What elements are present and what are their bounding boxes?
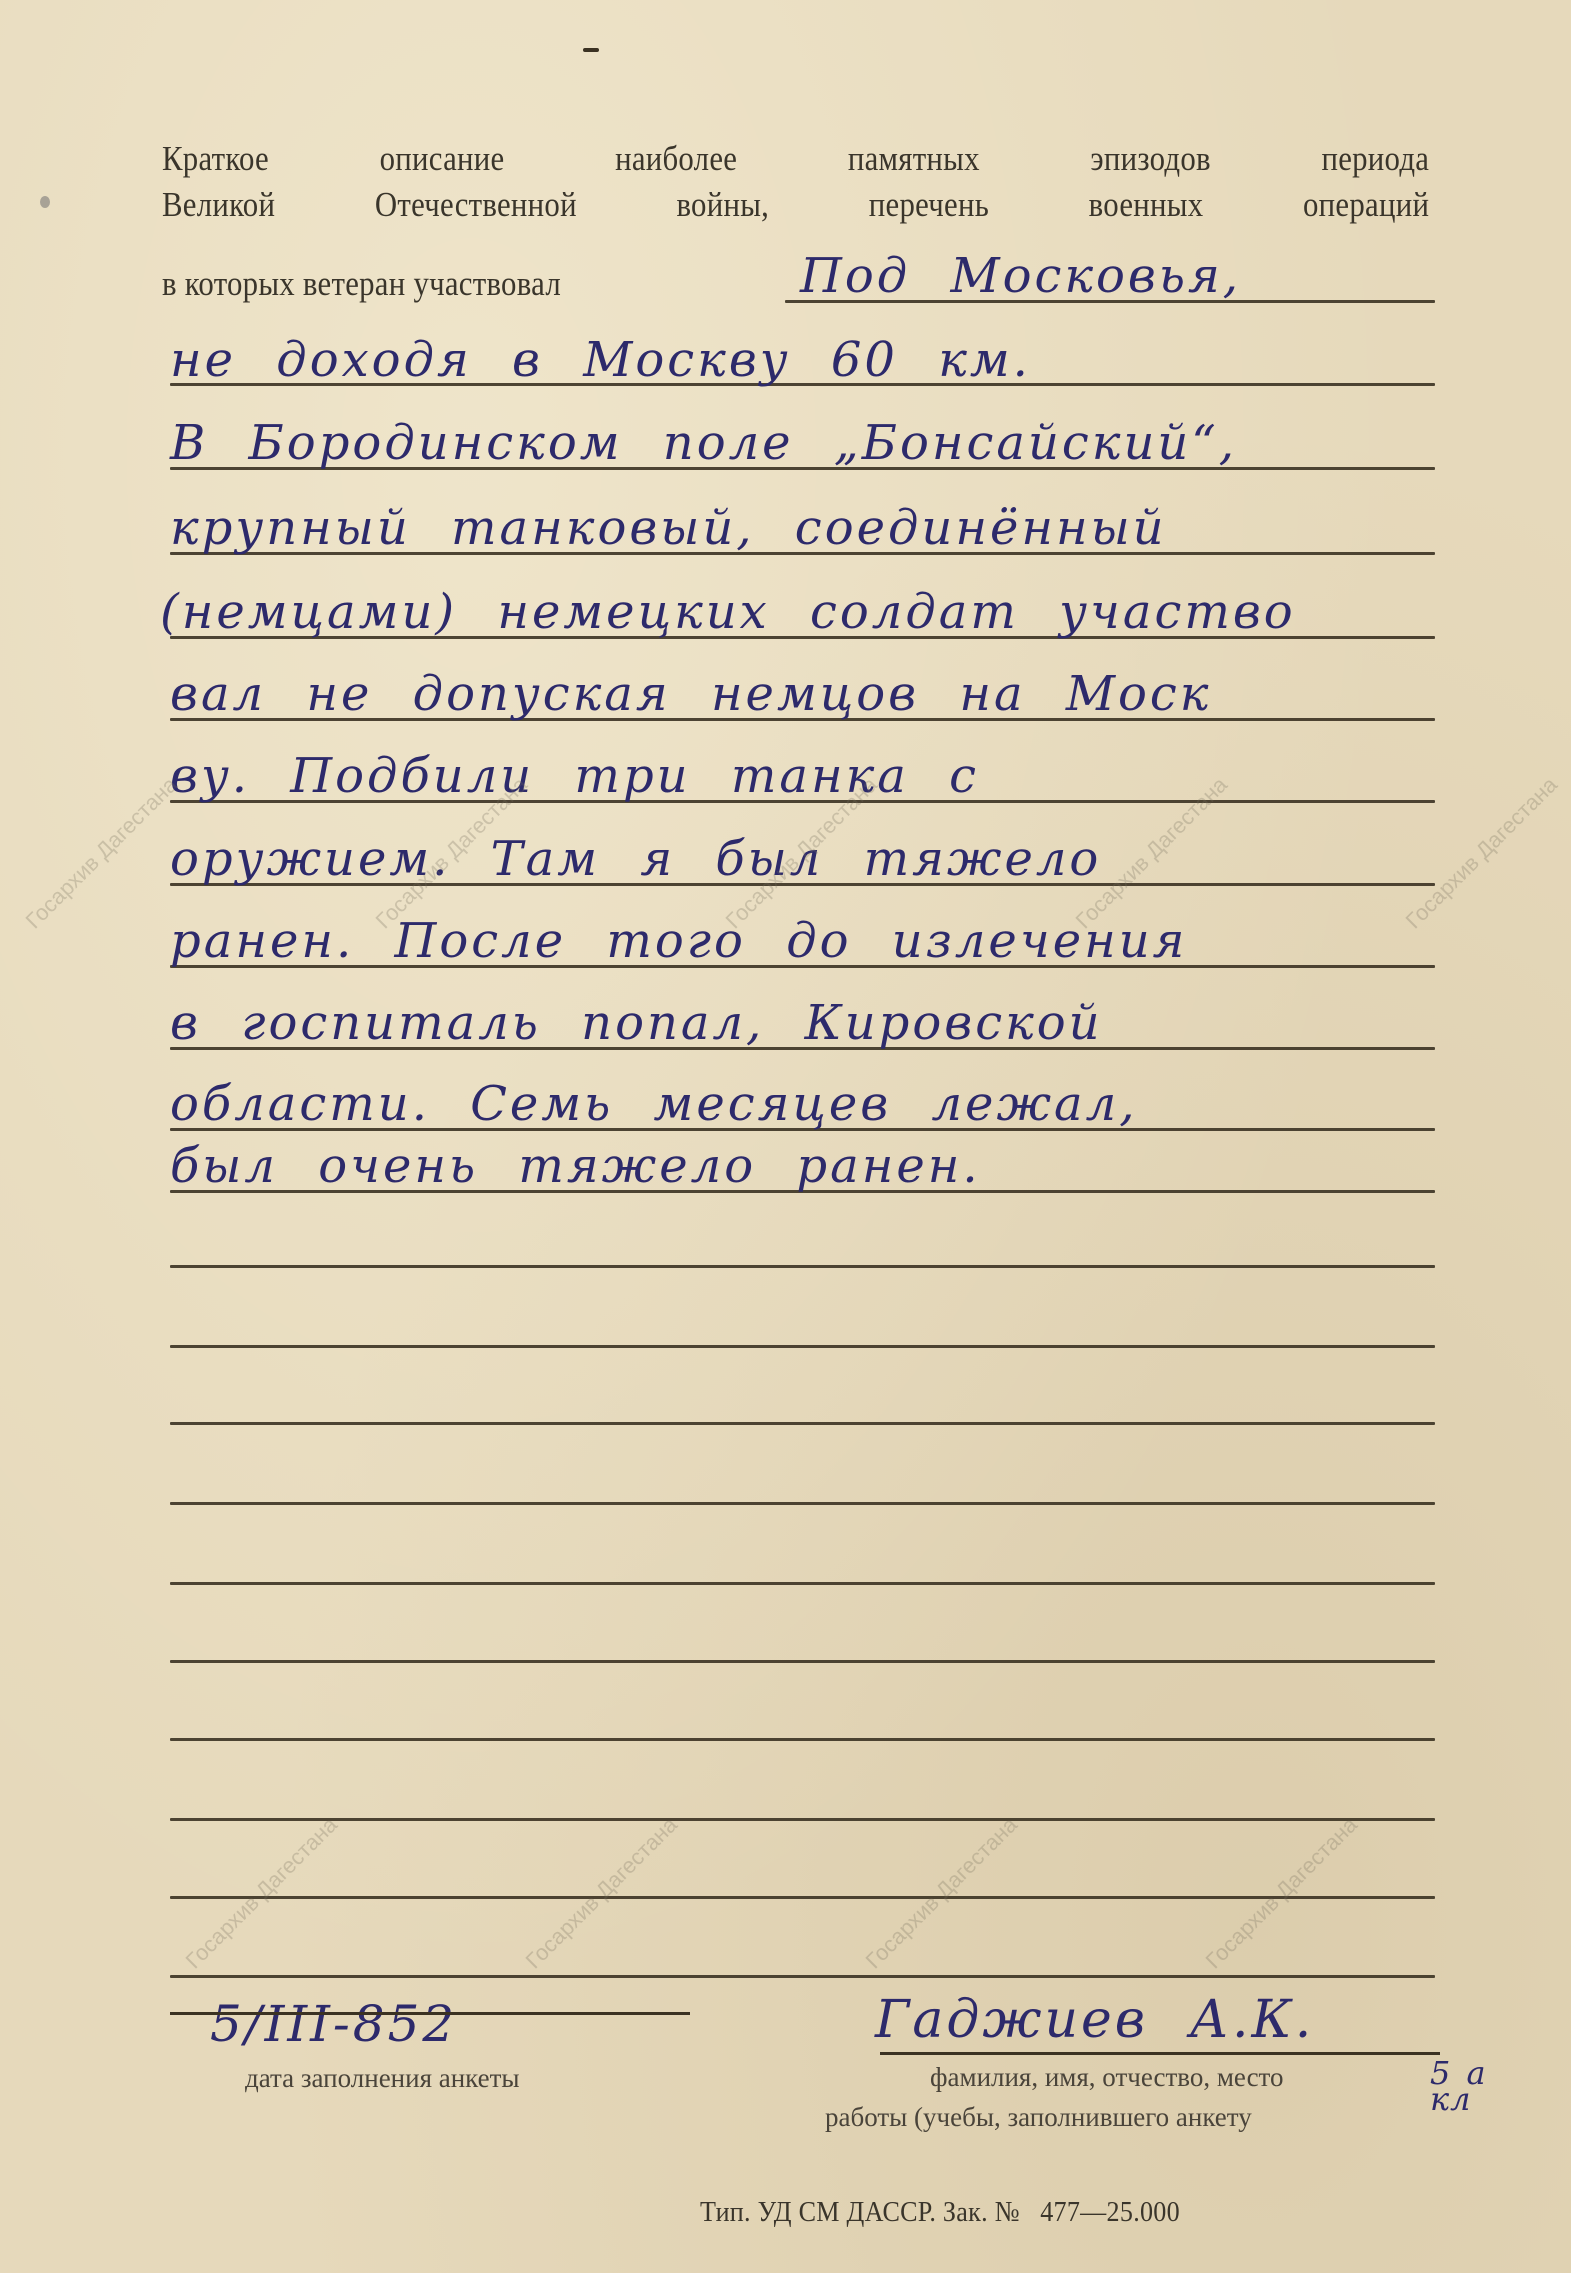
- ruled-line: [170, 1738, 1435, 1741]
- handwritten-line: области. Семь месяцев лежал,: [170, 1076, 1137, 1132]
- watermark: Госархив Дагестана: [1201, 1812, 1363, 1974]
- name-caption-line-2: работы (учебы, заполнившего анкету: [825, 2102, 1252, 2133]
- handwritten-line: ву. Подбили три танка с: [170, 748, 979, 804]
- watermark: Госархив Дагестана: [21, 772, 183, 934]
- ruled-line: [170, 1975, 1435, 1978]
- date-line: [170, 2012, 690, 2015]
- form-heading-line-1: Краткое описание наиболее памятных эпизо…: [162, 136, 1429, 182]
- ruled-line: [170, 1896, 1435, 1899]
- signature: Гаджиев А.К.: [875, 1990, 1314, 2050]
- ruled-line: [170, 1422, 1435, 1425]
- handwritten-line: (немцами) немецких солдат участво: [160, 584, 1296, 640]
- ruled-line: [170, 1345, 1435, 1348]
- ink-spot: [40, 196, 50, 208]
- handwritten-line: Под Московья,: [800, 248, 1241, 304]
- printer-imprint: Тип. УД СМ ДАССР. Зак. № 477—25.000: [700, 2196, 1180, 2229]
- name-caption-line-1: фамилия, имя, отчество, место: [930, 2062, 1284, 2093]
- handwritten-line: оружием. Там я был тяжело: [170, 831, 1101, 887]
- ruled-line: [170, 1502, 1435, 1505]
- watermark: Госархив Дагестана: [521, 1812, 683, 1974]
- ruled-line: [170, 1818, 1435, 1821]
- form-heading: Краткое описание наиболее памятных эпизо…: [162, 136, 1284, 228]
- handwritten-line: ранен. После того до излечения: [170, 913, 1187, 969]
- handwritten-line: в госпиталь попал, Кировской: [170, 995, 1103, 1051]
- ruled-line: [170, 1265, 1435, 1268]
- paper-mark: [583, 48, 599, 52]
- handwritten-line: крупный танковый, соединённый: [170, 500, 1167, 556]
- watermark: Госархив Дагестана: [181, 1812, 343, 1974]
- ruled-line: [170, 1660, 1435, 1663]
- watermark: Госархив Дагестана: [1401, 772, 1563, 934]
- date-caption: дата заполнения анкеты: [245, 2063, 520, 2094]
- handwritten-line: был очень тяжело ранен.: [170, 1138, 981, 1194]
- form-heading-line-2: Великой Отечественной войны, перечень во…: [162, 182, 1429, 228]
- handwritten-line: вал не допуская немцов на Моск: [170, 666, 1211, 722]
- form-lead-text: в которых ветеран участвовал: [162, 264, 561, 304]
- handwritten-line: В Бородинском поле „Бонсайский“,: [170, 415, 1237, 471]
- watermark: Госархив Дагестана: [861, 1812, 1023, 1974]
- handwritten-line: не доходя в Москву 60 км.: [170, 332, 1031, 388]
- signature-line: [880, 2052, 1440, 2055]
- class-note: 5 а кл: [1430, 2060, 1520, 2112]
- ruled-line: [170, 1582, 1435, 1585]
- date-value: 5/III-852: [210, 1995, 457, 2053]
